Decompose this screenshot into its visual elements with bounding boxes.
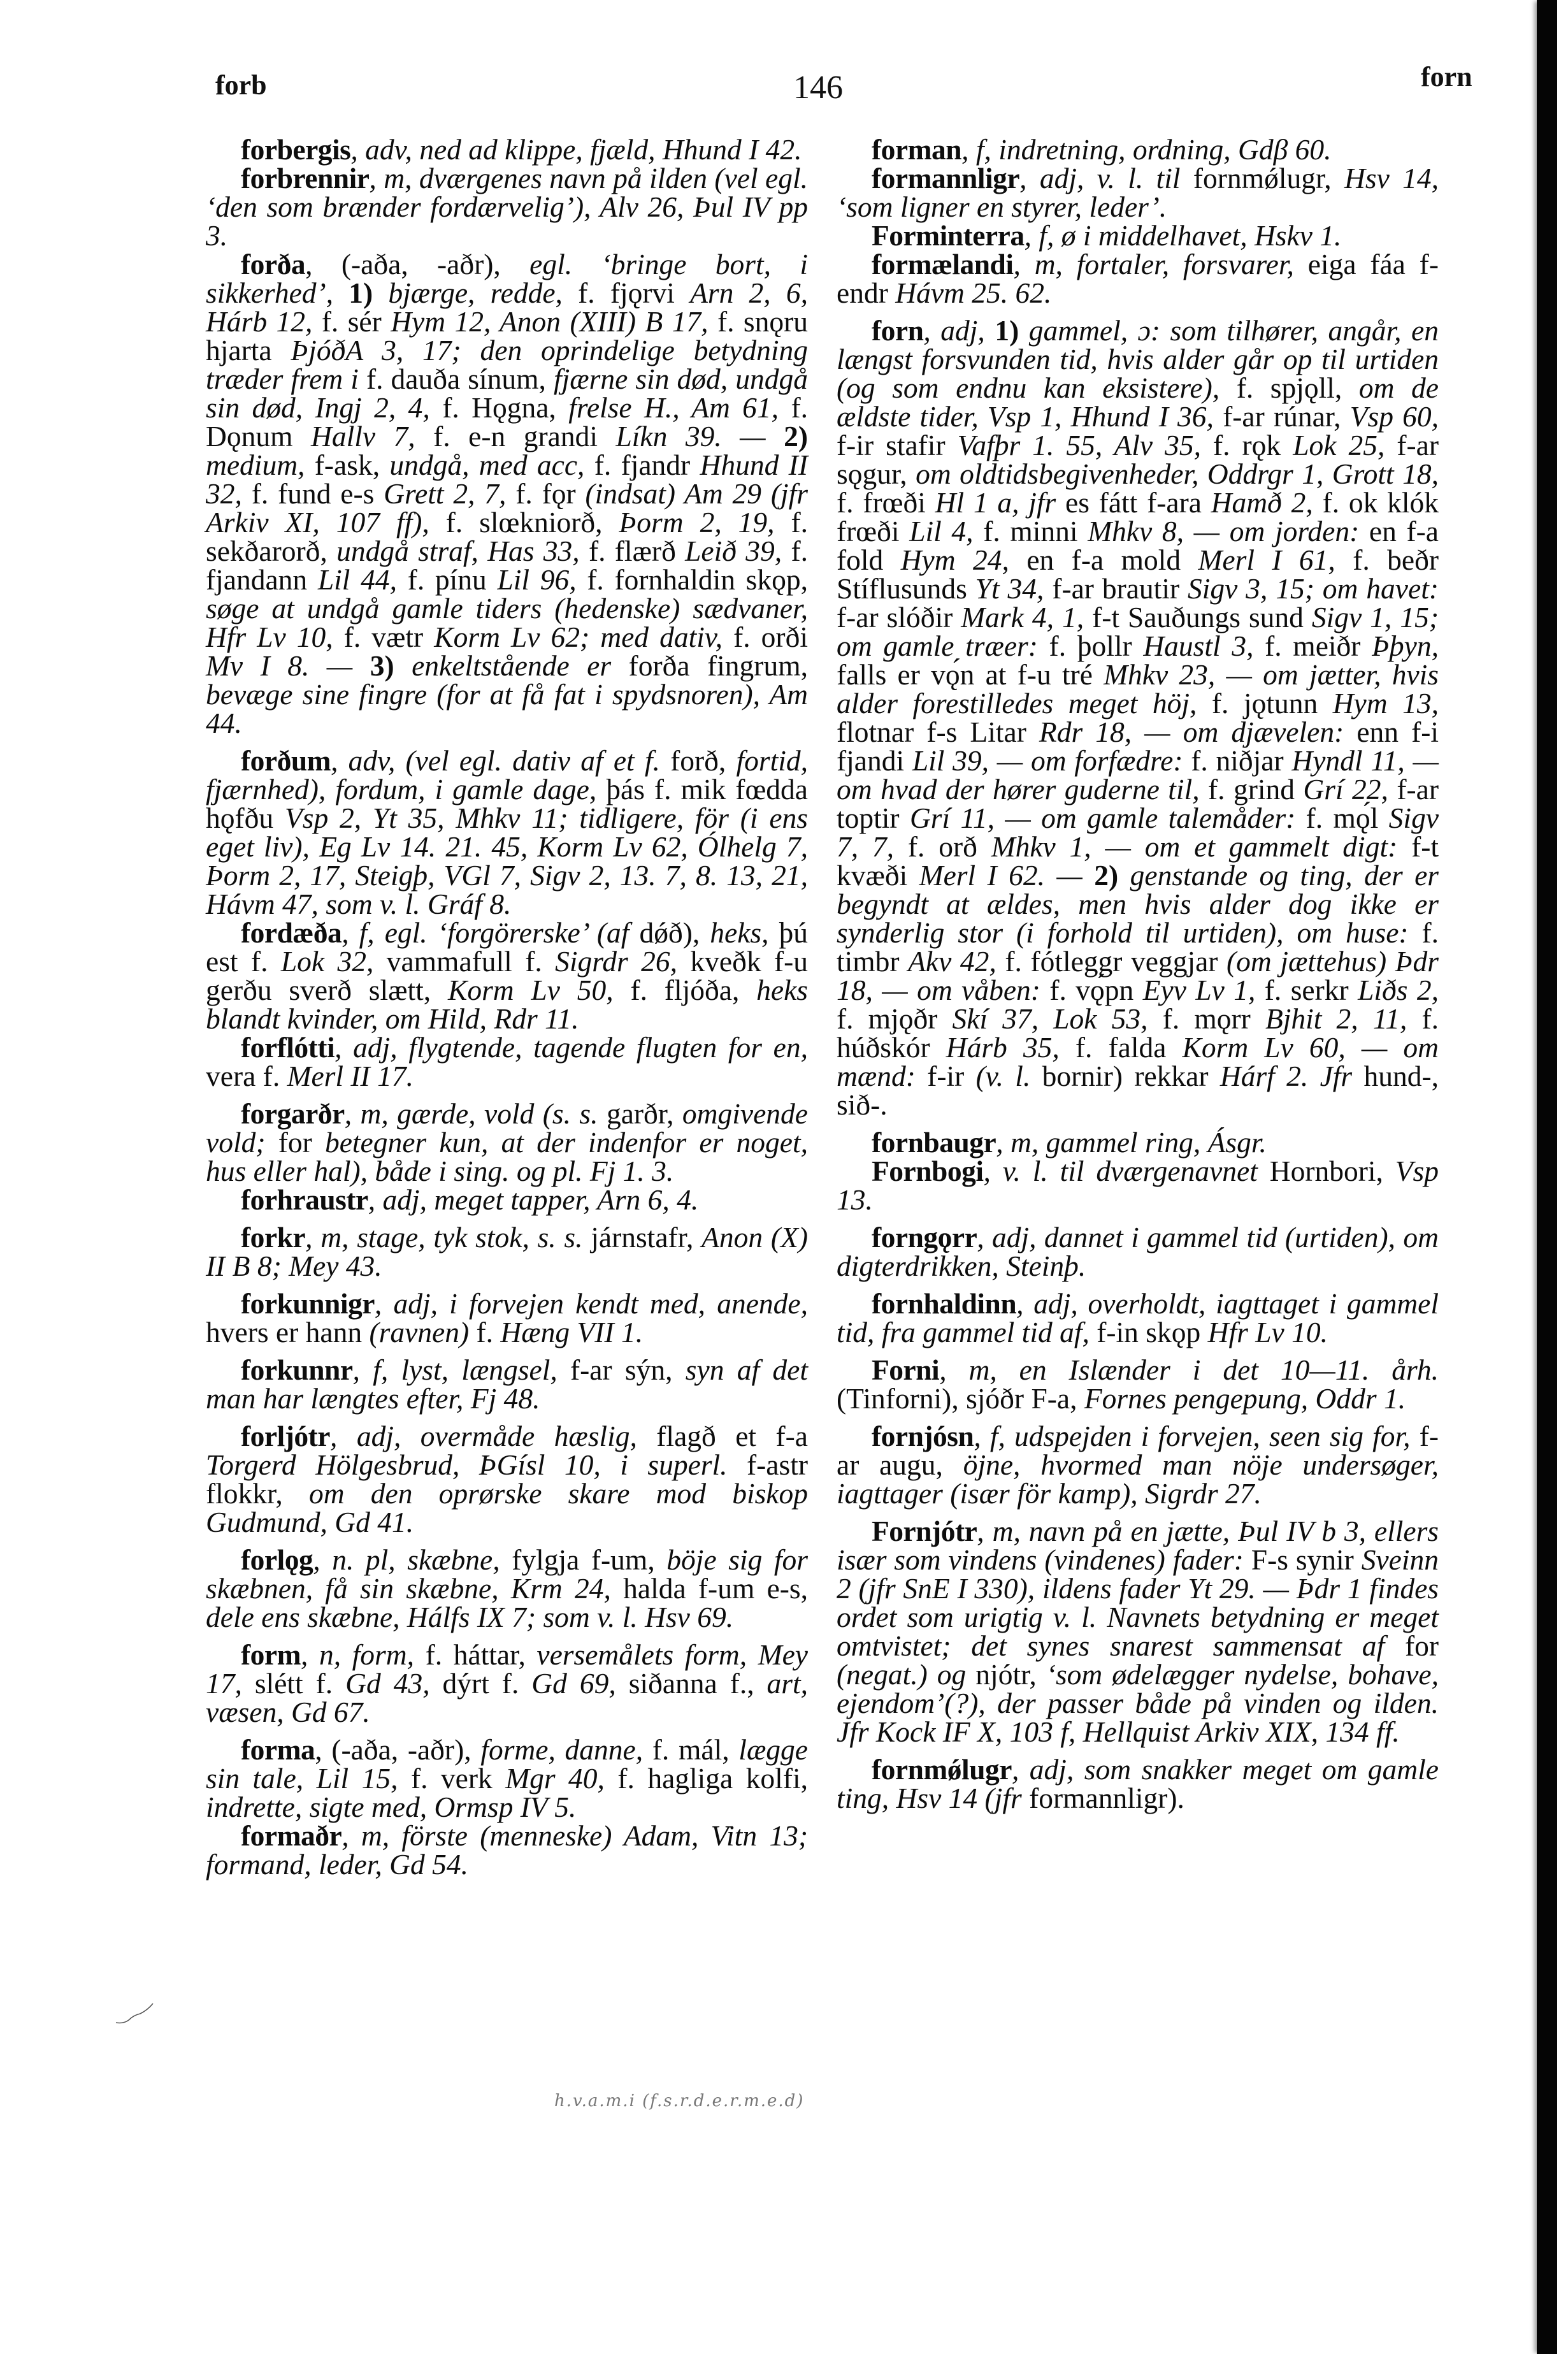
dictionary-entry: forflótti, adj, flygtende, tagende flugt…	[206, 1033, 808, 1090]
dictionary-entry: formannligr, adj, v. l. til fornmǿlugr, …	[837, 164, 1439, 221]
citation-text: flagð et f-a	[656, 1420, 808, 1452]
citation-text: f. falda	[1075, 1031, 1183, 1064]
gloss-text: , m, fortaler, forsvarer,	[1014, 248, 1308, 280]
gloss-text: Hæng VII 1.	[500, 1316, 643, 1348]
dictionary-entry: forn, adj, 1) gammel, ɔ: som tilhører, a…	[837, 316, 1439, 1119]
gloss-text: Mhkv 8, — om jorden:	[1088, 515, 1369, 547]
gloss-text: Hallv 7,	[311, 420, 433, 452]
citation-text: f. fǫr	[515, 477, 585, 510]
gloss-text: indrette, sigte med, Ormsp IV 5.	[206, 1791, 576, 1823]
gloss-text: , f, udspejden i forvejen, seen sig for,	[974, 1420, 1419, 1452]
citation-text: f. pínu	[408, 563, 498, 596]
sense-number: 1)	[349, 277, 388, 309]
gloss-text: bevæge sine fingre (for at få fat i spyd…	[206, 678, 808, 739]
dictionary-entry: fornmǿlugr, adj, som snakker meget om ga…	[837, 1755, 1439, 1812]
citation-text: f-ir stafir	[837, 429, 958, 461]
gloss-text: , adj, v. l. til	[1019, 162, 1193, 194]
citation-text: , (-aða, -aðr),	[315, 1733, 480, 1766]
left-column: forbergis, adv, ned ad klippe, fjæld, Hh…	[206, 135, 808, 1879]
gloss-text: , m, gammel ring, Ásgr.	[996, 1126, 1267, 1159]
citation-text: f-t Sauðungs sund	[1092, 601, 1312, 633]
gloss-text: , f, egl. ‘forgörerske’ (af	[342, 916, 639, 949]
gloss-text: Þorm 2, 19,	[619, 506, 791, 538]
gloss-text: , adv, (vel egl. dativ af et f.	[331, 744, 670, 777]
gloss-text: , f, ø i middelhavet, Hskv 1.	[1025, 219, 1342, 252]
citation-text: hvers er hann	[206, 1316, 369, 1348]
gloss-text: Sigrdr 26,	[555, 945, 690, 978]
dictionary-entry: forkr, m, stage, tyk stok, s. s. járnsta…	[206, 1223, 808, 1280]
citation-text: dýrt f.	[443, 1667, 532, 1700]
headword: forngǫrr	[872, 1221, 977, 1253]
citation-text: f-ar rúnar,	[1223, 400, 1350, 433]
citation-text: f-in skǫp	[1097, 1316, 1207, 1348]
gloss-text: Liðs 2,	[1358, 974, 1439, 1006]
citation-text: f. spjǫll,	[1237, 372, 1359, 404]
citation-text: f. frœði	[837, 486, 935, 519]
dictionary-entry: fornjósn, f, udspejden i forvejen, seen …	[837, 1422, 1439, 1508]
sense-number: 1)	[995, 314, 1028, 347]
gloss-text: , adj, meget tapper, Arn 6, 4.	[368, 1183, 699, 1216]
citation-text: f. mjǫðr	[837, 1002, 953, 1035]
gloss-text: Haustl 3,	[1143, 630, 1265, 662]
gloss-text: om oldtidsbegivenheder, Oddrgr 1, Grott …	[916, 458, 1439, 490]
scan-border	[1537, 0, 1557, 2354]
citation-text: flotnar f-s Litar	[837, 716, 1039, 748]
gloss-text: Torgerd Hölgesbrud, ÞGísl 10, i superl.	[206, 1448, 747, 1481]
handwritten-note: h.v.a.m.i (f.s.r.d.e.r.m.e.d)	[554, 2091, 804, 2111]
gloss-text: Lil 44,	[318, 563, 408, 596]
gloss-text: , m, en Islænder i det 10—11. årh.	[939, 1354, 1439, 1386]
citation-text: f. verk	[411, 1762, 505, 1794]
dictionary-entry: fornbaugr, m, gammel ring, Ásgr.	[837, 1128, 1439, 1157]
headword: fornjósn	[872, 1420, 974, 1452]
gloss-text: Merl II 17.	[287, 1060, 414, 1092]
gloss-text: (negat.) og	[837, 1658, 975, 1691]
gloss-text: Hym 13,	[1333, 687, 1439, 719]
gloss-text: (v. l.	[976, 1060, 1042, 1092]
gloss-text: Korm Lv 62; med dativ,	[434, 621, 733, 653]
headword: forflótti	[241, 1031, 334, 1064]
citation-text: , (-aða, -aðr),	[305, 248, 529, 280]
gloss-text: Eyv Lv 1,	[1143, 974, 1265, 1006]
gloss-text: enkeltstående er	[412, 649, 628, 682]
gloss-text: , adv, ned ad klippe, fjæld, Hhund I 42.	[350, 133, 802, 166]
citation-text: f. fótleggr veggjar	[1005, 945, 1226, 978]
gloss-text: Fornes pengepung, Oddr 1.	[1084, 1382, 1406, 1415]
headword: Fornbogi	[872, 1155, 984, 1187]
gloss-text: Lil 96,	[497, 563, 587, 596]
gloss-text: , n. pl, skæbne,	[313, 1543, 512, 1576]
gloss-text: Hávm 25. 62.	[895, 277, 1051, 309]
citation-text: f. serkr	[1265, 974, 1358, 1006]
gloss-text: , f, lyst, længsel,	[353, 1354, 570, 1386]
gloss-text: Mhkv 1, — om et gammelt digt:	[991, 830, 1411, 863]
citation-text: formannligr).	[1029, 1782, 1184, 1814]
headword: Fornjótr	[872, 1515, 977, 1547]
headword: forlǫg	[241, 1543, 313, 1576]
citation-text: slétt f.	[255, 1667, 345, 1700]
citation-text: f. jǫtunn	[1212, 687, 1333, 719]
headword: fordæða	[241, 916, 342, 949]
citation-text: f. orð	[908, 830, 991, 863]
citation-text: (Tinforni), sjóðr F-a,	[837, 1382, 1084, 1415]
headword: Forminterra	[872, 219, 1025, 252]
dictionary-entry: forbergis, adv, ned ad klippe, fjæld, Hh…	[206, 135, 808, 164]
gloss-text: Hl 1 a, jfr	[935, 486, 1065, 519]
citation-text: for	[1405, 1629, 1439, 1662]
citation-text: f. rǫk	[1213, 429, 1293, 461]
citation-text: f. orði	[733, 621, 808, 653]
citation-text: f. slœkniorð,	[446, 506, 619, 538]
dictionary-entry: Fornjótr, m, navn på en jætte, Þul IV b …	[837, 1517, 1439, 1746]
citation-text: f. fjandr	[594, 449, 700, 481]
gloss-text: medium,	[206, 449, 315, 481]
citation-text: f. minni	[983, 515, 1088, 547]
gloss-text: undgå, med acc,	[389, 449, 594, 481]
headword: fornbaugr	[872, 1126, 996, 1159]
headword: fornmǿlugr	[872, 1753, 1012, 1786]
gloss-text: Gd 69,	[531, 1667, 628, 1700]
guide-word-left: forb	[215, 69, 267, 101]
gloss-text: Mgr 40,	[505, 1762, 617, 1794]
dictionary-entry: forkunnigr, adj, i forvejen kendt med, a…	[206, 1289, 808, 1347]
dictionary-entry: Fornbogi, v. l. til dværgenavnet Hornbor…	[837, 1157, 1439, 1214]
dictionary-entry: forlǫg, n. pl, skæbne, fylgja f-um, böje…	[206, 1545, 808, 1631]
citation-text: siðanna f.,	[629, 1667, 767, 1700]
citation-text: f. meiðr	[1265, 630, 1372, 662]
dictionary-entry: forhraustr, adj, meget tapper, Arn 6, 4.	[206, 1185, 808, 1214]
gloss-text: Líkn 39. —	[615, 420, 784, 452]
gloss-text: , adj, overmåde hæslig,	[330, 1420, 656, 1452]
gloss-text: Grí 22,	[1303, 773, 1397, 805]
headword: forða	[241, 248, 305, 280]
headword: Forni	[872, 1354, 939, 1386]
citation-text: f-ir	[927, 1060, 975, 1092]
citation-text: f. dauða sínum,	[366, 363, 554, 395]
gloss-text: Vafþr 1. 55, Alv 35,	[958, 429, 1213, 461]
citation-text: vera f.	[206, 1060, 287, 1092]
gloss-text: Rdr 18, — om djævelen:	[1039, 716, 1356, 748]
right-column: forman, f, indretning, ordning, Gdβ 60.f…	[837, 135, 1439, 1812]
dictionary-entry: fordæða, f, egl. ‘forgörerske’ (af dǿð),…	[206, 918, 808, 1033]
dictionary-entry: forða, (-aða, -aðr), egl. ‘bringe bort, …	[206, 250, 808, 737]
gloss-text: Skí 37, Lok 53,	[953, 1002, 1163, 1035]
dictionary-entry: fornhaldinn, adj, overholdt, iagttaget i…	[837, 1289, 1439, 1347]
dictionary-entry: Forni, m, en Islænder i det 10—11. årh. …	[837, 1355, 1439, 1413]
gloss-text: Þþyn,	[1372, 630, 1439, 662]
gloss-text: Lil 39, — om forfædre:	[912, 744, 1191, 777]
citation-text: f. hagliga kolfi,	[617, 1762, 808, 1794]
gloss-text: Mv I 8. —	[206, 649, 370, 682]
gloss-text: (ravnen)	[369, 1316, 476, 1348]
gloss-text: Lil 4,	[909, 515, 983, 547]
gloss-text: Yt 34,	[975, 572, 1053, 605]
gloss-text: forme, danne,	[480, 1733, 652, 1766]
gloss-text: , adj,	[923, 314, 995, 347]
citation-text: f-ask,	[315, 449, 390, 481]
gloss-text: , n, form,	[301, 1638, 426, 1671]
citation-text: f. fornhaldin skǫp,	[587, 563, 808, 596]
citation-text: f-ar sýn,	[570, 1354, 686, 1386]
gloss-text: Merl I 62. —	[919, 859, 1095, 892]
citation-text: for	[278, 1126, 325, 1159]
citation-text: garðr,	[607, 1097, 682, 1130]
gloss-text: Grí 11, — om gamle talemåder:	[910, 802, 1306, 834]
citation-text: vammafull f.	[387, 945, 555, 978]
gloss-text: , v. l. til dværgenavnet	[984, 1155, 1270, 1187]
citation-text: f. vætr	[344, 621, 435, 653]
headword: forljótr	[241, 1420, 330, 1452]
citation-text: f. vǫ́pn	[1049, 974, 1142, 1006]
citation-text: f. mǫ́l	[1306, 802, 1389, 834]
dictionary-entry: Forminterra, f, ø i middelhavet, Hskv 1.	[837, 221, 1439, 250]
gloss-text: Hym 12, Anon (XIII) B 17,	[391, 305, 717, 338]
dictionary-entry: forbrennir, m, dværgenes navn på ilden (…	[206, 164, 808, 250]
citation-text: falls er vǫ́n at f-u tré	[837, 658, 1104, 691]
headword: forn	[872, 314, 923, 347]
citation-text: f. fund e-s	[252, 477, 384, 510]
gloss-text: , f, indretning, ordning, Gdβ 60.	[961, 133, 1331, 166]
sense-number: 2)	[784, 420, 808, 452]
gloss-text: Gd 43,	[345, 1667, 442, 1700]
headword: forkr	[241, 1221, 305, 1253]
gloss-text: Hfr Lv 10.	[1208, 1316, 1328, 1348]
dictionary-entry: formaðr, m, förste (menneske) Adam, Vitn…	[206, 1821, 808, 1879]
gloss-text: Vsp 2, Yt 35, Mhkv 11; tidligere, för (i…	[206, 802, 808, 920]
citation-text: járnstafr,	[591, 1221, 701, 1253]
dictionary-entry: forkunnr, f, lyst, længsel, f-ar sýn, sy…	[206, 1355, 808, 1413]
dictionary-page: forb 146 forn forbergis, adv, ned ad kli…	[0, 0, 1568, 2354]
citation-text: f. fjǫrvi	[578, 277, 690, 309]
gloss-text: Hárf 2. Jfr	[1220, 1060, 1364, 1092]
gloss-text: Bjhit 2, 11,	[1265, 1002, 1422, 1035]
citation-text: en f-a mold	[1026, 544, 1198, 576]
gloss-text: Lok 32,	[281, 945, 387, 978]
citation-text: forða fingrum,	[629, 649, 808, 682]
gloss-text: Hamð 2,	[1211, 486, 1323, 519]
citation-text: forð,	[670, 744, 736, 777]
gloss-text: bjærge, redde,	[388, 277, 578, 309]
dictionary-entry: form, n, form, f. háttar, versemålets fo…	[206, 1640, 808, 1726]
page-number: 146	[793, 69, 843, 106]
citation-text: f. e-n grandi	[433, 420, 615, 452]
citation-text: es fátt f-ara	[1065, 486, 1211, 519]
gloss-text: Korm Lv 50,	[448, 974, 631, 1006]
pencil-mark-icon	[115, 2001, 159, 2026]
dictionary-entry: forma, (-aða, -aðr), forme, danne, f. má…	[206, 1735, 808, 1821]
citation-text: Hornbori,	[1270, 1155, 1395, 1187]
gloss-text: , adj, flygtende, tagende flugten for en…	[334, 1031, 808, 1064]
gloss-text: Sigv 3, 15; om havet:	[1188, 572, 1439, 605]
gloss-text: heks,	[710, 916, 779, 949]
sense-number: 2)	[1094, 859, 1130, 892]
gloss-text: frelse H., Am 61,	[568, 391, 791, 424]
dictionary-entry: forman, f, indretning, ordning, Gdβ 60.	[837, 135, 1439, 164]
citation-text: f. þollr	[1049, 630, 1144, 662]
citation-text: f. grind	[1208, 773, 1303, 805]
headword: forbrennir	[241, 162, 369, 194]
citation-text: F-s synir	[1251, 1543, 1362, 1576]
gloss-text: Lok 25,	[1293, 429, 1397, 461]
citation-text: f. mǫrr	[1163, 1002, 1265, 1035]
citation-text: f.	[477, 1316, 501, 1348]
citation-text: f. fljóða,	[630, 974, 756, 1006]
headword: formælandi	[872, 248, 1014, 280]
headword: formannligr	[872, 162, 1019, 194]
citation-text: halda f-um e-s,	[623, 1572, 808, 1605]
gloss-text: Akv 42,	[908, 945, 1005, 978]
headword: forkunnr	[241, 1354, 353, 1386]
headword: forgarðr	[241, 1097, 345, 1130]
gloss-text: dele ens skæbne, Hálfs IX 7; som v. l. H…	[206, 1601, 733, 1633]
citation-text: f. niðjar	[1191, 744, 1291, 777]
dictionary-entry: forngǫrr, adj, dannet i gammel tid (urti…	[837, 1223, 1439, 1280]
gloss-text: , m, gærde, vold (s. s.	[345, 1097, 607, 1130]
citation-text: f. flærð	[589, 535, 685, 567]
dictionary-entry: formælandi, m, fortaler, forsvarer, eiga…	[837, 250, 1439, 307]
headword: formaðr	[241, 1819, 342, 1852]
gloss-text: Mark 4, 1,	[961, 601, 1092, 633]
citation-text: fylgja f-um,	[512, 1543, 666, 1576]
headword: form	[241, 1638, 301, 1671]
gloss-text: Hym 24,	[901, 544, 1027, 576]
gloss-text: Vsp 60,	[1350, 400, 1439, 433]
dictionary-entry: forðum, adv, (vel egl. dativ af et f. fo…	[206, 746, 808, 918]
dictionary-entry: forljótr, adj, overmåde hæslig, flagð et…	[206, 1422, 808, 1536]
citation-text: njótr,	[975, 1658, 1046, 1691]
headword: forbergis	[241, 133, 350, 166]
citation-text: fornmǿlugr,	[1193, 162, 1344, 194]
citation-text: f. sér	[322, 305, 391, 338]
headword: forma	[241, 1733, 315, 1766]
gloss-text: undgå straf, Has 33,	[336, 535, 589, 567]
citation-text: f-ar slóðir	[837, 601, 961, 633]
gloss-text: Grett 2, 7,	[384, 477, 515, 510]
headword: forman	[872, 133, 961, 166]
gloss-text: , m, stage, tyk stok, s. s.	[305, 1221, 591, 1253]
headword: forðum	[241, 744, 331, 777]
citation-text: bornir) rekkar	[1042, 1060, 1220, 1092]
citation-text: f. Hǫgna,	[442, 391, 568, 424]
sense-number: 3)	[370, 649, 412, 682]
gloss-text: , adj, i forvejen kendt med, anende,	[375, 1287, 808, 1320]
citation-text: f. háttar,	[426, 1638, 537, 1671]
headword: forhraustr	[241, 1183, 368, 1216]
gloss-text: Merl I 61,	[1198, 544, 1353, 576]
citation-text: f. mál,	[652, 1733, 739, 1766]
citation-text: f-ar brautir	[1052, 572, 1188, 605]
guide-word-right: forn	[1421, 61, 1472, 93]
headword: forkunnigr	[241, 1287, 375, 1320]
citation-text: dǿð),	[639, 916, 710, 949]
gloss-text: Leið 39,	[685, 535, 791, 567]
dictionary-entry: forgarðr, m, gærde, vold (s. s. garðr, o…	[206, 1099, 808, 1185]
headword: fornhaldinn	[872, 1287, 1016, 1320]
gloss-text: Hárb 35,	[946, 1031, 1075, 1064]
